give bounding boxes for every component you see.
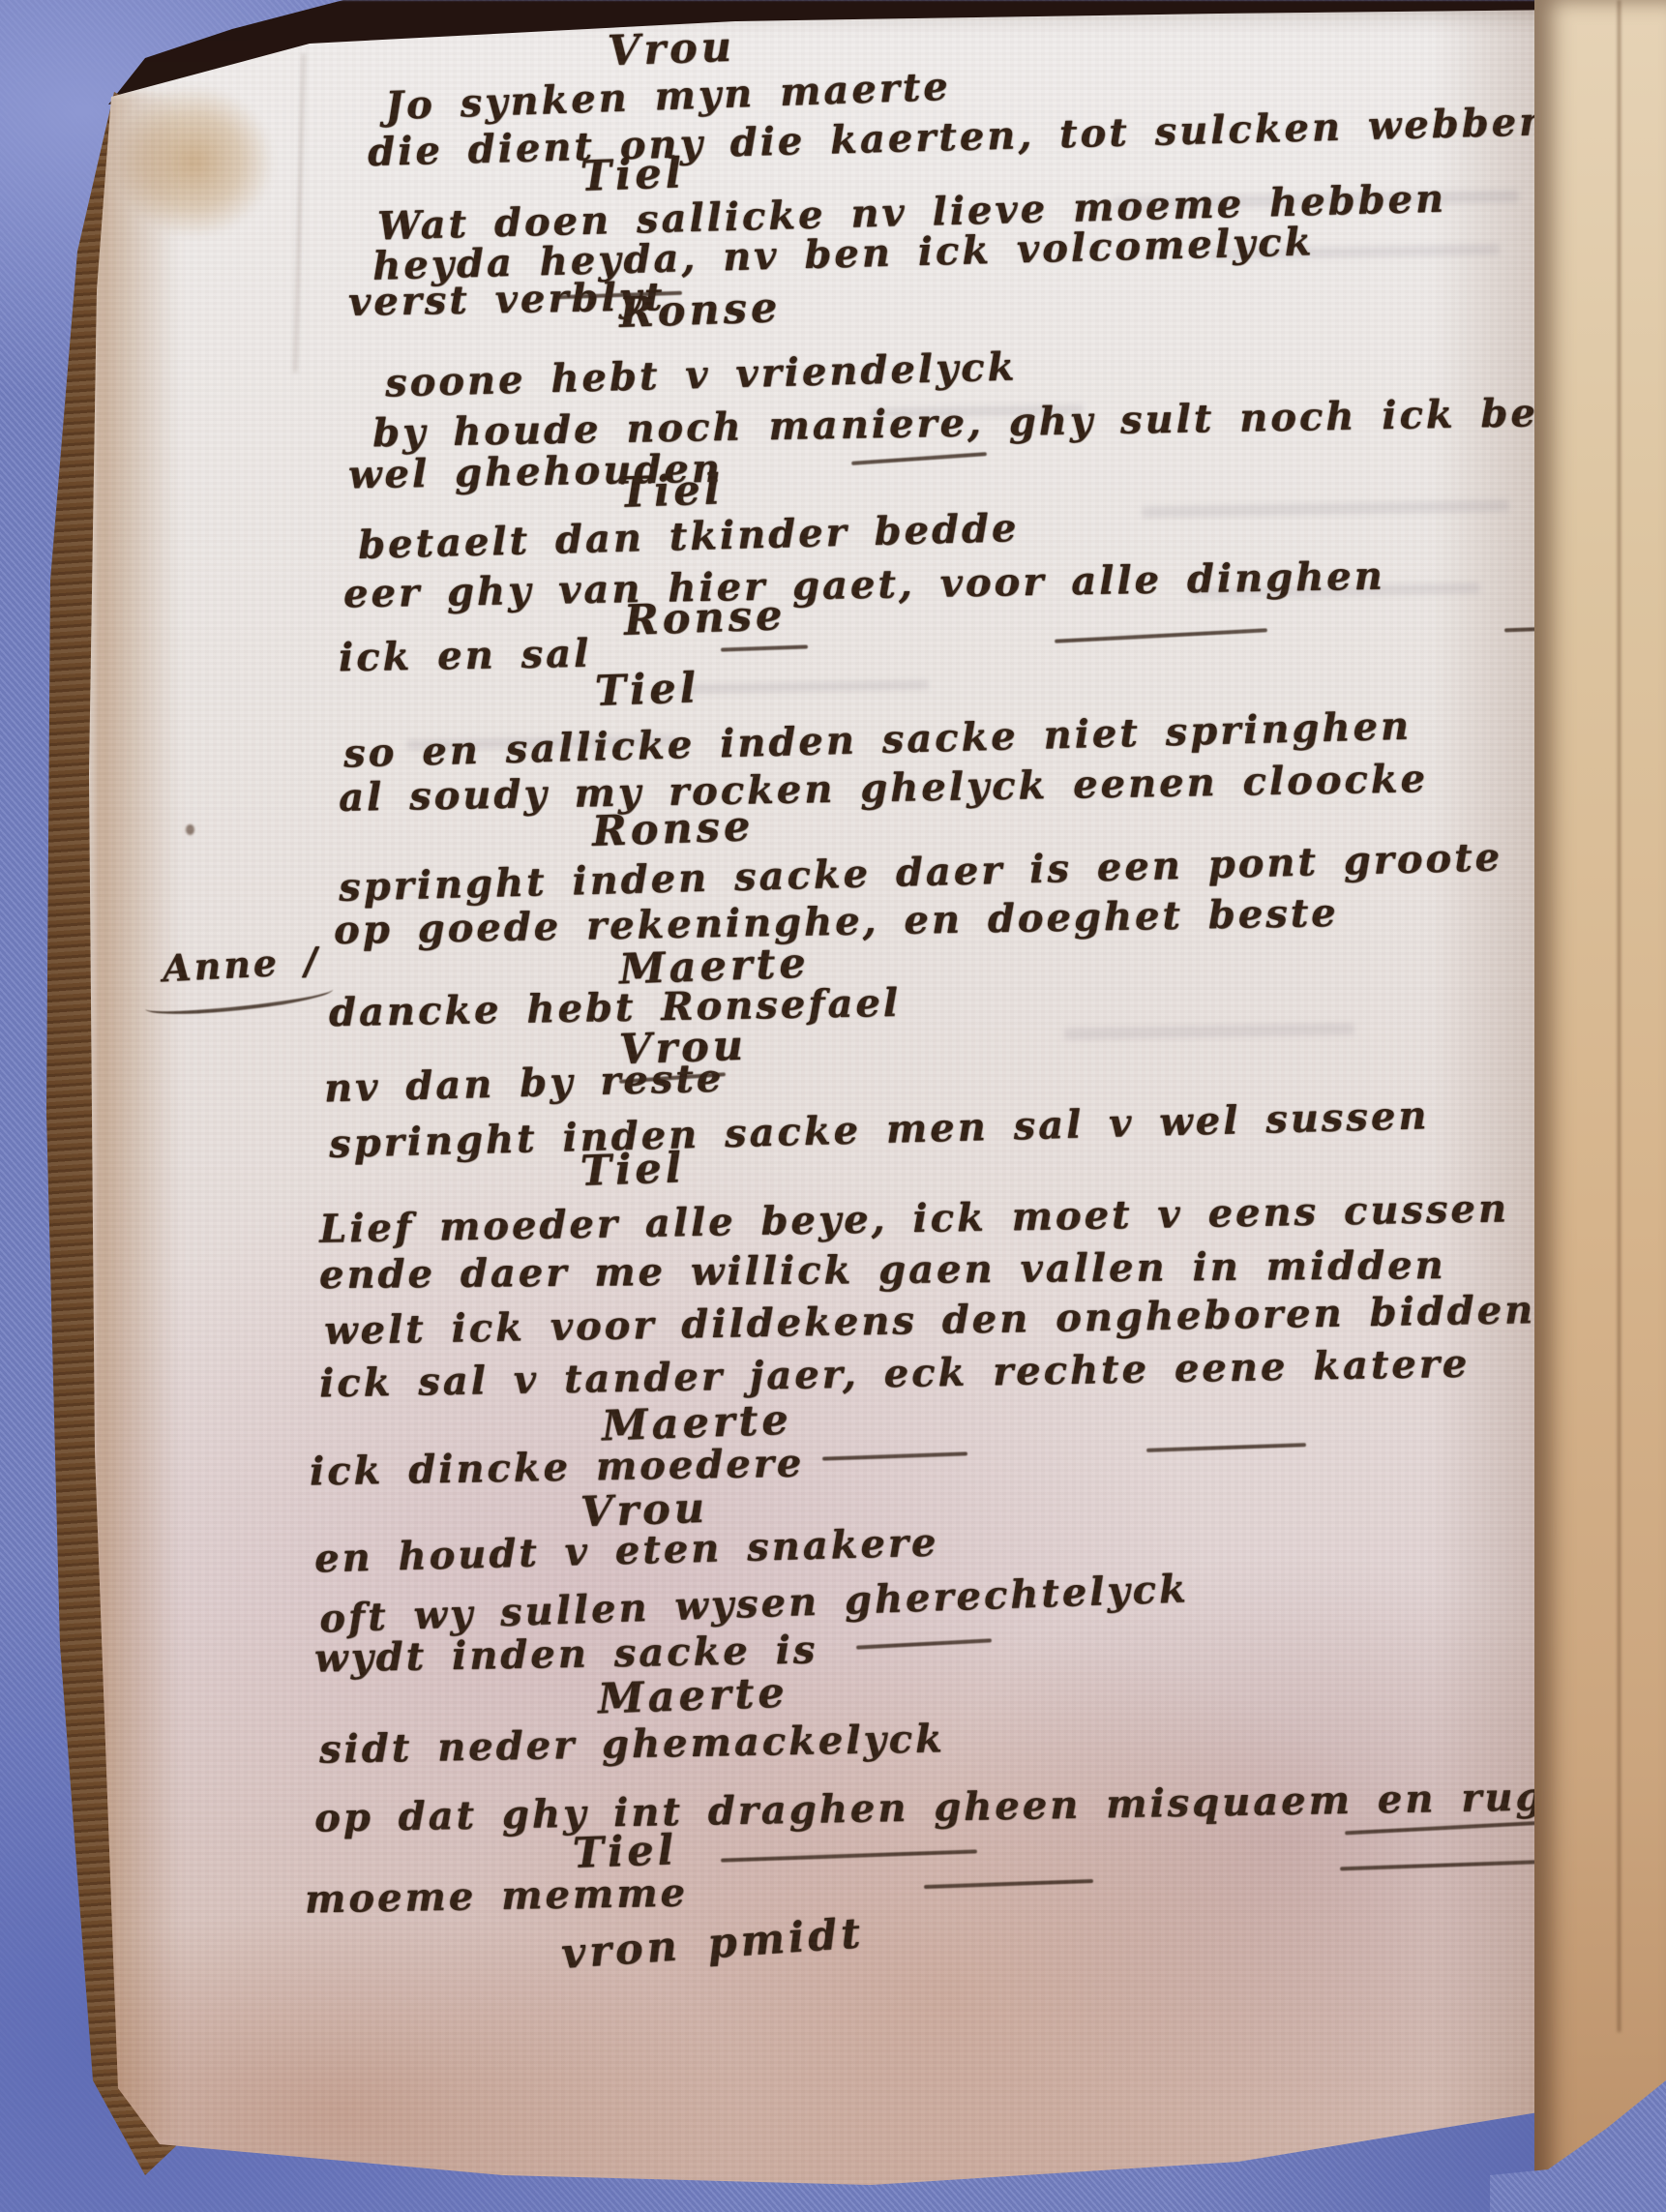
ink-dash xyxy=(721,644,808,651)
ink-dash xyxy=(619,1072,726,1084)
manuscript-line: dancke hebt Ronsefael xyxy=(329,984,902,1032)
speaker-heading: Vrou xyxy=(580,1488,708,1535)
margin-note: Anne / xyxy=(162,942,321,987)
manuscript-line: welt ick voor dildekens den ongheboren b… xyxy=(324,1291,1536,1351)
manuscript-line: verst verblyt xyxy=(348,278,666,322)
speaker-heading: Tiel xyxy=(572,1830,677,1875)
facing-page-edge xyxy=(1534,0,1666,2212)
ink-showthrough xyxy=(1113,190,1519,209)
manuscript-line: op dat ghy int draghen gheen misquaem en… xyxy=(314,1777,1598,1838)
manuscript-line: heyda heyda, nv ben ick volcomelyck xyxy=(372,223,1315,285)
ink-dash xyxy=(556,291,682,300)
speaker-heading: Tiel xyxy=(580,153,685,198)
manuscript-line: springht inden sacke daer is een pont gr… xyxy=(339,838,1503,907)
speaker-heading: Maerte xyxy=(601,1400,792,1449)
ink-dash xyxy=(851,452,987,465)
margin-note-underline xyxy=(145,985,335,1020)
speaker-heading: Maerte xyxy=(618,943,810,992)
manuscript-page: VrouJo synken myn maertedie dient ony di… xyxy=(0,0,1666,2212)
ink-showthrough xyxy=(406,735,677,751)
manuscript-line: oft wy sullen wysen gherechtelyck xyxy=(319,1569,1190,1638)
manuscript-line: ick en sal xyxy=(339,635,592,678)
manuscript-line: wel ghehouden xyxy=(348,450,723,495)
ink-speck xyxy=(186,824,194,835)
speaker-heading: vron pmidt xyxy=(560,1913,866,1976)
manuscript-line: wydt inden sacke is xyxy=(314,1630,818,1678)
speaker-heading: Tiel xyxy=(580,1148,685,1193)
speaker-heading: Maerte xyxy=(597,1673,788,1721)
ink-showthrough xyxy=(1064,1023,1354,1039)
manuscript-line: op goede rekeninghe, en doeghet beste xyxy=(334,894,1339,950)
ink-dash xyxy=(1146,1443,1306,1452)
ink-showthrough xyxy=(1190,583,1480,598)
ink-showthrough xyxy=(1142,500,1509,519)
speaker-heading: Vrou xyxy=(618,1026,747,1072)
manuscript-line: so en sallicke inden sacke niet springhe… xyxy=(343,707,1413,774)
manuscript-line: nv dan by reste xyxy=(324,1060,725,1109)
corner-stain xyxy=(114,85,274,238)
speaker-heading: Tiel xyxy=(618,469,724,515)
manuscript-line: moeme memme xyxy=(305,1874,689,1920)
manuscript-line: die dient ony die kaerten, tot sulcken w… xyxy=(368,103,1551,172)
ink-showthrough xyxy=(677,680,929,695)
speaker-heading: Ronse xyxy=(623,595,787,643)
manuscript-photo: VrouJo synken myn maertedie dient ony di… xyxy=(0,0,1666,2212)
manuscript-line: Lief moeder alle beye, ick moet v eens c… xyxy=(319,1189,1510,1248)
facing-page-fold xyxy=(1618,0,1621,2032)
ink-showthrough xyxy=(1209,244,1500,259)
speaker-heading: Vrou xyxy=(607,27,735,74)
ink-dash xyxy=(856,1638,992,1649)
ink-showthrough xyxy=(871,404,1084,418)
speaker-heading: Tiel xyxy=(594,668,699,713)
manuscript-line: Wat doen sallicke nv lieve moeme hebben xyxy=(377,180,1447,247)
ink-dash xyxy=(1055,628,1267,643)
manuscript-line: soone hebt v vriendelyck xyxy=(385,347,1018,403)
ink-dash xyxy=(721,1849,977,1862)
manuscript-line: en houdt v eten snakere xyxy=(314,1524,939,1579)
ink-dash xyxy=(924,1879,1093,1889)
manuscript-line: by houde noch maniere, ghy sult noch ick… xyxy=(372,393,1626,454)
manuscript-line: sidt neder ghemackelyck xyxy=(319,1719,945,1769)
manuscript-line: betaelt dan tkinder bedde xyxy=(358,509,1020,565)
ink-dash xyxy=(822,1451,967,1460)
manuscript-line: al soudy my rocken ghelyck eenen cloocke xyxy=(339,760,1429,818)
manuscript-line: ick dincke moedere xyxy=(310,1445,805,1492)
manuscript-line: Jo synken myn maerte xyxy=(384,68,951,126)
paper-crease xyxy=(294,53,306,373)
manuscript-line: eer ghy van hier gaet, voor alle dinghen xyxy=(343,557,1385,614)
speaker-heading: Ronse xyxy=(591,806,755,853)
manuscript-line: ende daer me willick gaen vallen in midd… xyxy=(319,1246,1446,1295)
speaker-heading: Ronse xyxy=(618,287,782,335)
manuscript-line: ick sal v tander jaer, eck rechte eene k… xyxy=(319,1345,1471,1404)
manuscript-line: springht inden sacke men sal v wel susse… xyxy=(329,1096,1430,1164)
